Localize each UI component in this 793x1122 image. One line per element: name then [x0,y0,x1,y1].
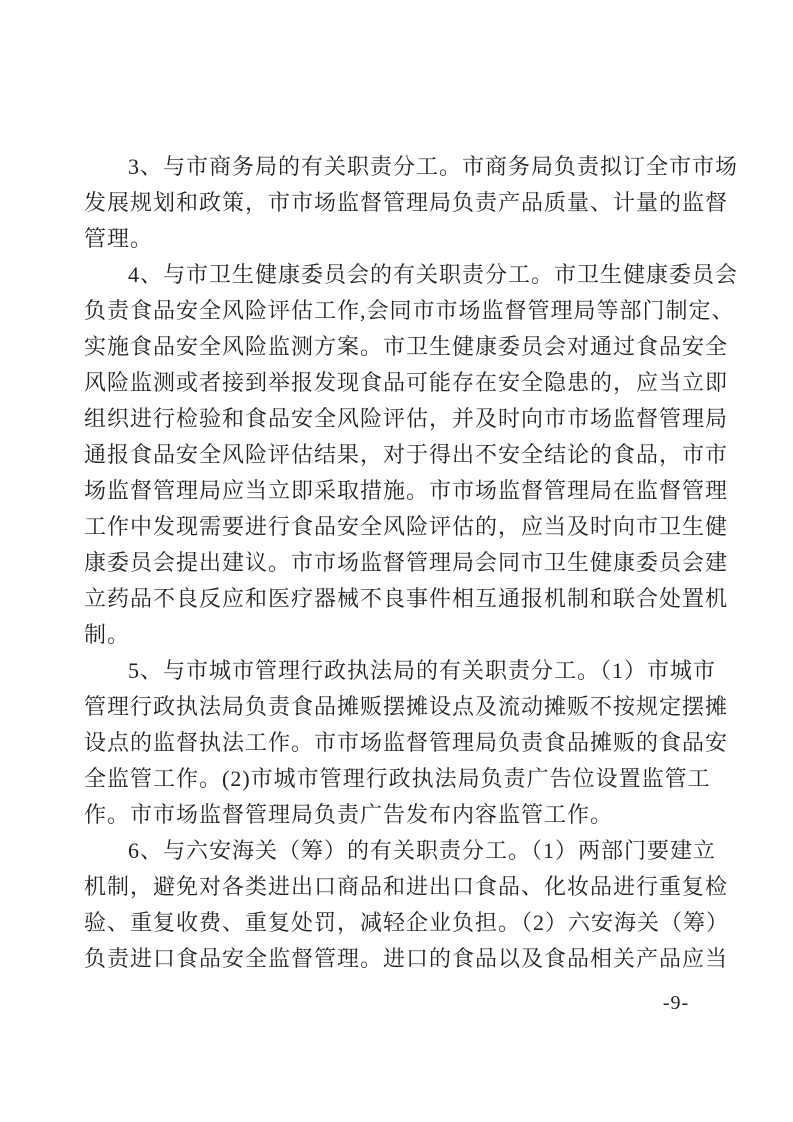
text-line: 管理行政执法局负责食品摊贩摆摊设点及流动摊贩不按规定摆摊 [84,689,693,725]
text-line: 实施食品安全风险监测方案。市卫生健康委员会对通过食品安全 [84,329,693,365]
text-line: 工作中发现需要进行食品安全风险评估的，应当及时向市卫生健 [84,509,693,545]
page-number: -9- [655,992,697,1014]
text-line: 作。市市场监督管理局负责广告发布内容监管工作。 [84,797,693,833]
text-line: 管理。 [84,221,693,257]
text-line: 验、重复收费、重复处罚，减轻企业负担。（2）六安海关（筹） [84,905,693,941]
text-line: 场监督管理局应当立即采取措施。市市场监督管理局在监督管理 [84,473,693,509]
paragraph-item-6-luan-customs: 6、与六安海关（筹）的有关职责分工。（1）两部门要建立机制，避免对各类进出口商品… [84,833,693,977]
text-line: 设点的监督执法工作。市市场监督管理局负责食品摊贩的食品安 [84,725,693,761]
text-line: 立药品不良反应和医疗器械不良事件相互通报机制和联合处置机 [84,581,693,617]
text-line: 制。 [84,617,693,653]
document-page: 3、与市商务局的有关职责分工。市商务局负责拟订全市市场发展规划和政策，市市场监督… [0,0,793,1122]
text-line: 6、与六安海关（筹）的有关职责分工。（1）两部门要建立 [84,833,693,869]
text-line: 负责食品安全风险评估工作,会同市市场监督管理局等部门制定、 [84,293,693,329]
document-body: 3、与市商务局的有关职责分工。市商务局负责拟订全市市场发展规划和政策，市市场监督… [84,149,693,977]
text-line: 4、与市卫生健康委员会的有关职责分工。市卫生健康委员会 [84,257,693,293]
text-line: 机制，避免对各类进出口商品和进出口食品、化妆品进行重复检 [84,869,693,905]
text-line: 3、与市商务局的有关职责分工。市商务局负责拟订全市市场 [84,149,693,185]
text-line: 负责进口食品安全监督管理。进口的食品以及食品相关产品应当 [84,941,693,977]
text-line: 风险监测或者接到举报发现食品可能存在安全隐患的，应当立即 [84,365,693,401]
text-line: 康委员会提出建议。市市场监督管理局会同市卫生健康委员会建 [84,545,693,581]
text-line: 发展规划和政策，市市场监督管理局负责产品质量、计量的监督 [84,185,693,221]
text-line: 5、与市城市管理行政执法局的有关职责分工。（1）市城市 [84,653,693,689]
paragraph-item-4-health-commission: 4、与市卫生健康委员会的有关职责分工。市卫生健康委员会负责食品安全风险评估工作,… [84,257,693,653]
text-line: 组织进行检验和食品安全风险评估，并及时向市市场监督管理局 [84,401,693,437]
text-line: 全监管工作。(2)市城市管理行政执法局负责广告位设置监管工 [84,761,693,797]
text-line: 通报食品安全风险评估结果，对于得出不安全结论的食品，市市 [84,437,693,473]
paragraph-item-3-commerce-bureau: 3、与市商务局的有关职责分工。市商务局负责拟订全市市场发展规划和政策，市市场监督… [84,149,693,257]
paragraph-item-5-urban-management-enforcement: 5、与市城市管理行政执法局的有关职责分工。（1）市城市管理行政执法局负责食品摊贩… [84,653,693,833]
